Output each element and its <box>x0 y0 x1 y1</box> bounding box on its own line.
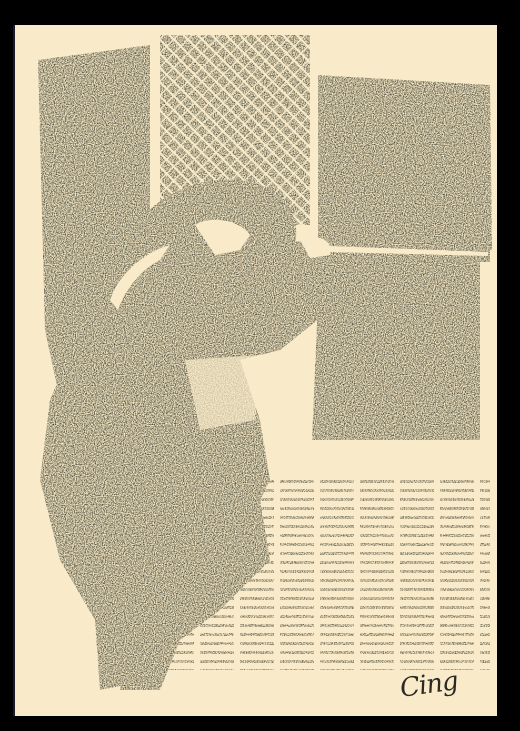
lithograph-illustration <box>0 0 520 731</box>
